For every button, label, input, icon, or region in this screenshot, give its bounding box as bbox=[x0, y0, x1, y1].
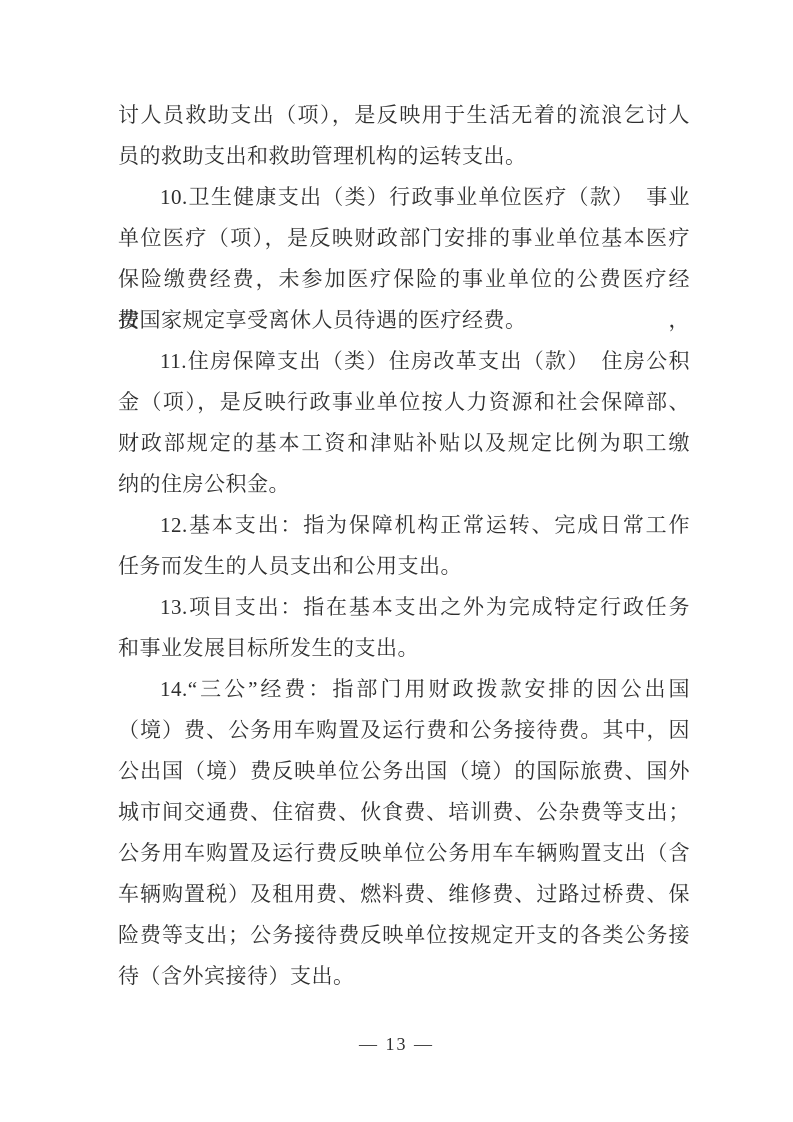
text-line: 和事业发展目标所发生的支出。 bbox=[118, 628, 690, 669]
document-page: 讨人员救助支出（项），是反映用于生活无着的流浪乞讨人 员的救助支出和救助管理机构… bbox=[0, 0, 793, 1122]
text-line: 车辆购置税）及租用费、燃料费、维修费、过路过桥费、保 bbox=[118, 874, 690, 915]
text-line: 任务而发生的人员支出和公用支出。 bbox=[118, 546, 690, 587]
text-line: 员的救助支出和救助管理机构的运转支出。 bbox=[118, 136, 690, 177]
text-line: 12.基本支出：指为保障机构正常运转、完成日常工作 bbox=[118, 505, 690, 546]
text-line: 财政部规定的基本工资和津贴补贴以及规定比例为职工缴 bbox=[118, 423, 690, 464]
text-line: 保险缴费经费，未参加医疗保险的事业单位的公费医疗经费， bbox=[118, 259, 690, 300]
text-line: 城市间交通费、住宿费、伙食费、培训费、公杂费等支出； bbox=[118, 792, 690, 833]
text-line: 待（含外宾接待）支出。 bbox=[118, 956, 690, 997]
text-line: 11.住房保障支出（类）住房改革支出（款） 住房公积 bbox=[118, 341, 690, 382]
text-line: 单位医疗（项），是反映财政部门安排的事业单位基本医疗 bbox=[118, 218, 690, 259]
text-line: 公出国（境）费反映单位公务出国（境）的国际旅费、国外 bbox=[118, 751, 690, 792]
page-number: — 13 — bbox=[0, 1030, 793, 1058]
text-line: 10.卫生健康支出（类）行政事业单位医疗（款） 事业 bbox=[118, 177, 690, 218]
document-body: 讨人员救助支出（项），是反映用于生活无着的流浪乞讨人 员的救助支出和救助管理机构… bbox=[118, 95, 690, 997]
text-line: （境）费、公务用车购置及运行费和公务接待费。其中，因 bbox=[118, 710, 690, 751]
text-line: 14.“三公”经费：指部门用财政拨款安排的因公出国 bbox=[118, 669, 690, 710]
text-line: 公务用车购置及运行费反映单位公务用车车辆购置支出（含 bbox=[118, 833, 690, 874]
text-line: 讨人员救助支出（项），是反映用于生活无着的流浪乞讨人 bbox=[118, 95, 690, 136]
text-line: 险费等支出；公务接待费反映单位按规定开支的各类公务接 bbox=[118, 915, 690, 956]
text-line: 金（项），是反映行政事业单位按人力资源和社会保障部、 bbox=[118, 382, 690, 423]
text-line: 纳的住房公积金。 bbox=[118, 464, 690, 505]
text-line: 13.项目支出：指在基本支出之外为完成特定行政任务 bbox=[118, 587, 690, 628]
